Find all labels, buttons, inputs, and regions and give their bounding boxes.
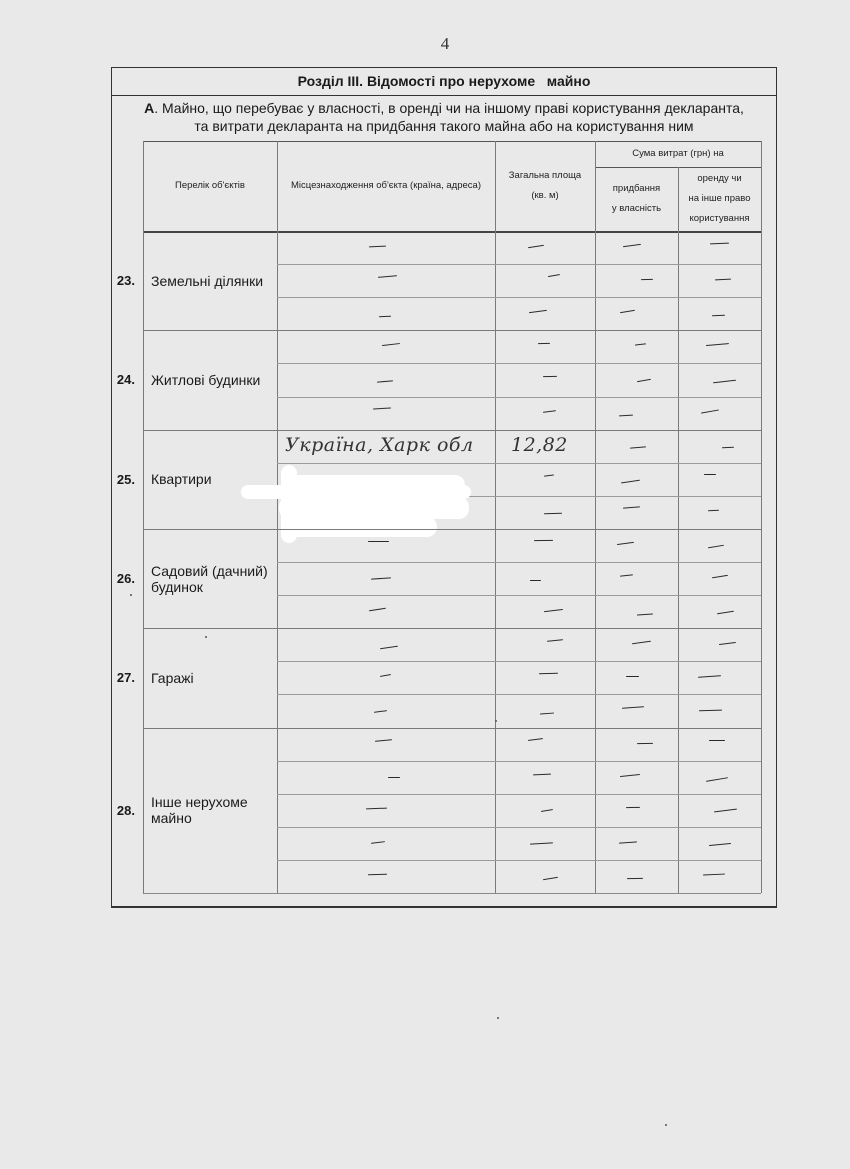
row-divider (277, 794, 761, 795)
row-divider (277, 363, 761, 364)
subsection-letter: А (144, 100, 154, 116)
empty-cell-dash (548, 274, 561, 277)
empty-cell-dash (547, 639, 563, 642)
header-area: Загальна площа (кв. м) (495, 141, 595, 231)
empty-cell-dash (635, 344, 646, 347)
empty-cell-dash (701, 409, 719, 413)
group-number: 23. (107, 231, 135, 330)
empty-cell-dash (719, 642, 736, 646)
empty-cell-dash (544, 513, 562, 515)
group-number: 25. (107, 430, 135, 529)
scan-speck (497, 1017, 499, 1019)
header-objects: Перелік об'єктів (143, 141, 277, 231)
column-divider (495, 141, 496, 893)
empty-cell-dash (706, 777, 728, 782)
empty-cell-dash (708, 509, 719, 511)
group-label: Гаражі (151, 628, 273, 727)
empty-cell-dash (538, 343, 550, 345)
column-divider (277, 141, 278, 893)
empty-cell-dash (630, 447, 646, 450)
row-divider (277, 463, 761, 464)
empty-cell-dash (371, 577, 391, 580)
empty-cell-dash (544, 474, 554, 477)
empty-cell-dash (529, 310, 547, 314)
empty-cell-dash (375, 740, 392, 743)
empty-cell-dash (371, 842, 385, 845)
empty-cell-dash (712, 315, 725, 317)
empty-cell-dash (388, 777, 400, 778)
empty-cell-dash (619, 415, 633, 417)
empty-cell-dash (641, 278, 653, 280)
empty-cell-dash (637, 379, 651, 383)
group-number: 24. (107, 330, 135, 429)
empty-cell-dash (709, 740, 725, 741)
row-divider (277, 397, 761, 398)
filled-location: Україна, Харк обл (285, 434, 474, 456)
empty-cell-dash (698, 676, 721, 679)
row-divider (277, 661, 761, 662)
empty-cell-dash (528, 738, 543, 741)
empty-cell-dash (368, 541, 389, 542)
empty-cell-dash (379, 316, 391, 318)
empty-cell-dash (713, 380, 736, 384)
group-number: 27. (107, 628, 135, 727)
empty-cell-dash (533, 773, 551, 775)
empty-cell-dash (530, 842, 553, 845)
group-number: 28. (107, 728, 135, 894)
scan-speck (665, 1124, 667, 1126)
empty-cell-dash (622, 706, 644, 709)
redacted-address (287, 517, 437, 537)
empty-cell-dash (366, 808, 387, 810)
empty-cell-dash (543, 410, 556, 413)
scan-speck (130, 594, 132, 596)
empty-cell-dash (708, 544, 724, 548)
empty-cell-dash (620, 575, 633, 578)
empty-cell-dash (380, 674, 391, 677)
empty-cell-dash (627, 878, 643, 880)
empty-cell-dash (380, 646, 398, 650)
empty-cell-dash (714, 808, 737, 812)
empty-cell-dash (369, 246, 386, 248)
empty-cell-dash (703, 873, 725, 875)
empty-cell-dash (369, 608, 386, 612)
redacted-address (281, 465, 297, 543)
empty-cell-dash (706, 343, 729, 346)
empty-cell-dash (620, 310, 635, 314)
empty-cell-dash (541, 809, 553, 812)
empty-cell-dash (378, 275, 397, 278)
empty-cell-dash (626, 807, 640, 809)
group-number: 26. (107, 529, 135, 628)
empty-cell-dash (626, 676, 639, 677)
redacted-address (279, 497, 469, 519)
row-divider (277, 860, 761, 861)
scan-speck (495, 720, 497, 722)
empty-cell-dash (539, 673, 558, 675)
row-divider (277, 694, 761, 695)
empty-cell-dash (377, 380, 393, 383)
empty-cell-dash (533, 540, 552, 542)
header-expenses: Сума витрат (грн) на (595, 141, 761, 167)
header-purchase: придбання у власність (595, 167, 678, 231)
row-divider (277, 827, 761, 828)
empty-cell-dash (710, 242, 729, 244)
empty-cell-dash (637, 743, 653, 745)
empty-cell-dash (544, 609, 563, 613)
empty-cell-dash (368, 874, 387, 876)
group-label: Інше нерухоме майно (151, 728, 273, 894)
empty-cell-dash (623, 506, 640, 509)
empty-cell-dash (528, 245, 544, 249)
section-title: Розділ ІІІ. Відомості про нерухоме майно (112, 68, 776, 96)
section-iii-box: Розділ ІІІ. Відомості про нерухоме майно… (111, 67, 777, 908)
header-location: Місцезнаходження об'єкта (країна, адреса… (277, 141, 495, 231)
empty-cell-dash (712, 575, 728, 579)
row-divider (277, 297, 761, 298)
row-divider (277, 595, 761, 596)
subsection-line-1: . Майно, що перебуває у власності, в оре… (154, 100, 744, 116)
group-label: Садовий (дачний) будинок (151, 529, 273, 628)
empty-cell-dash (722, 447, 734, 449)
table-border-right (761, 141, 762, 893)
empty-cell-dash (530, 580, 541, 582)
subsection-line-2: та витрати декларанта на придбання таког… (112, 117, 776, 135)
empty-cell-dash (373, 407, 391, 409)
empty-cell-dash (704, 474, 716, 475)
empty-cell-dash (620, 774, 640, 778)
empty-cell-dash (623, 244, 641, 248)
group-label: Квартири (151, 430, 273, 529)
table-border-bottom (143, 893, 761, 894)
empty-cell-dash (715, 279, 731, 281)
empty-cell-dash (374, 710, 387, 713)
row-divider (277, 264, 761, 265)
row-divider (277, 761, 761, 762)
empty-cell-dash (543, 877, 558, 881)
subsection-a-heading: А. Майно, що перебуває у власності, в ор… (112, 99, 776, 135)
scan-speck (205, 636, 207, 638)
page-number: 4 (0, 34, 850, 54)
empty-cell-dash (699, 710, 722, 712)
empty-cell-dash (637, 613, 653, 616)
group-label: Земельні ділянки (151, 231, 273, 330)
empty-cell-dash (632, 641, 651, 645)
empty-cell-dash (543, 376, 557, 378)
table-border-top (143, 141, 761, 142)
empty-cell-dash (709, 843, 731, 846)
empty-cell-dash (717, 610, 734, 614)
column-divider (678, 167, 679, 893)
empty-cell-dash (621, 479, 640, 483)
table-border-left (143, 141, 144, 893)
filled-area: 12,82 (511, 434, 568, 456)
empty-cell-dash (617, 542, 634, 546)
real-estate-table: Перелік об'єктів Місцезнаходження об'єкт… (143, 141, 761, 893)
empty-cell-dash (619, 842, 637, 845)
group-label: Житлові будинки (151, 330, 273, 429)
column-divider (595, 141, 596, 893)
row-divider (277, 562, 761, 563)
empty-cell-dash (540, 712, 554, 714)
header-rent: оренду чи на інше право користування (678, 167, 761, 231)
empty-cell-dash (382, 343, 400, 346)
